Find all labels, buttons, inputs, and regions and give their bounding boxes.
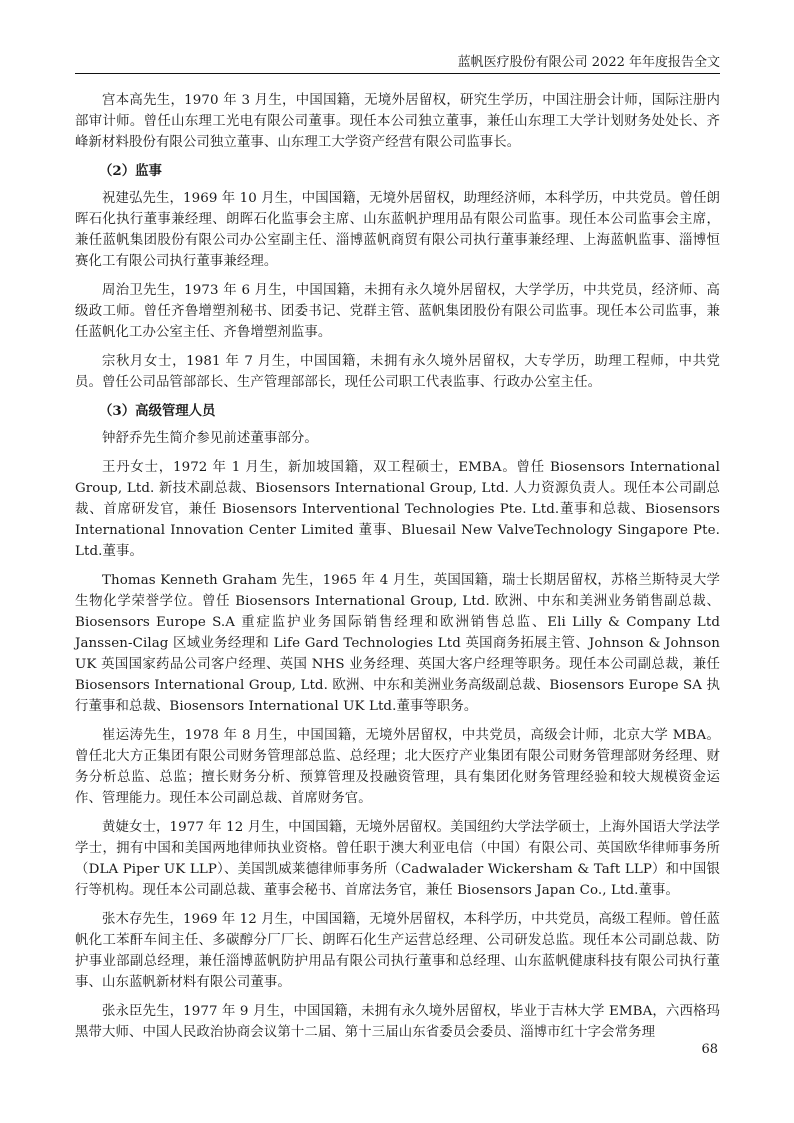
paragraph: 王丹女士，1972 年 1 月生，新加坡国籍，双工程硕士，EMBA。曾任 Bio… — [75, 457, 720, 562]
paragraph: 宫本高先生，1970 年 3 月生，中国国籍，无境外居留权，研究生学历，中国注册… — [75, 90, 720, 153]
page-number: 68 — [701, 1042, 718, 1057]
paragraph: 祝建弘先生，1969 年 10 月生，中国国籍，无境外居留权，助理经济师，本科学… — [75, 188, 720, 272]
paragraph: 钟舒乔先生简介参见前述董事部分。 — [75, 428, 720, 449]
paragraph: 张永臣先生，1977 年 9 月生，中国国籍，未拥有永久境外居留权，毕业于吉林大… — [75, 1001, 720, 1043]
paragraph: 崔运涛先生，1978 年 8 月生，中国国籍，无境外居留权，中共党员，高级会计师… — [75, 725, 720, 809]
report-title: 蓝帆医疗股份有限公司 2022 年年度报告全文 — [458, 51, 720, 70]
document-body: 宫本高先生，1970 年 3 月生，中国国籍，无境外居留权，研究生学历，中国注册… — [75, 90, 720, 1051]
section-heading: （2）监事 — [75, 161, 720, 182]
section-heading: （3）高级管理人员 — [75, 401, 720, 422]
paragraph: 宗秋月女士，1981 年 7 月生，中国国籍，未拥有永久境外居留权，大专学历，助… — [75, 351, 720, 393]
header-divider — [75, 73, 720, 74]
paragraph: 周治卫先生，1973 年 6 月生，中国国籍，未拥有永久境外居留权，大学学历，中… — [75, 280, 720, 343]
paragraph: 黄婕女士，1977 年 12 月生，中国国籍，无境外居留权。美国纽约大学法学硕士… — [75, 817, 720, 901]
paragraph: 张木存先生，1969 年 12 月生，中国国籍，无境外居留权，本科学历，中共党员… — [75, 909, 720, 993]
paragraph: Thomas Kenneth Graham 先生，1965 年 4 月生，英国国… — [75, 570, 720, 717]
